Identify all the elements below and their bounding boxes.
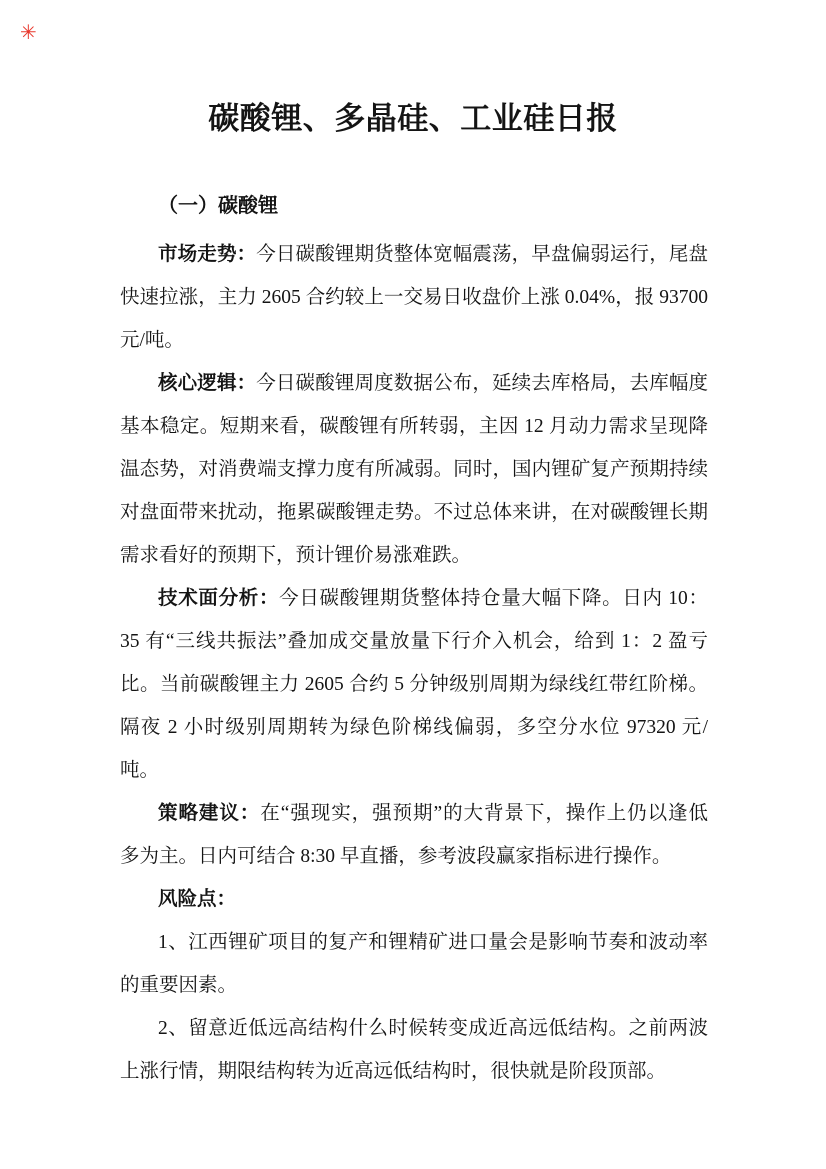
text-line: 1、江西锂矿项目的复产和锂精矿进口量会是影响节奏和波动率 <box>120 921 708 964</box>
text-line: 多为主。日内可结合 8:30 早直播，参考波段赢家指标进行操作。 <box>120 835 708 878</box>
paragraph-risk-item-1: 1、江西锂矿项目的复产和锂精矿进口量会是影响节奏和波动率 的重要因素。 <box>120 921 708 1007</box>
paragraph-risk-item-2: 2、留意近低远高结构什么时候转变成近高远低结构。之前两波 上涨行情，期限结构转为… <box>120 1007 708 1093</box>
paragraph-technical-analysis: 技术面分析：今日碳酸锂期货整体持仓量大幅下降。日内 10： 35 有“三线共振法… <box>120 577 708 792</box>
text-line: 温态势，对消费端支撑力度有所减弱。同时，国内锂矿复产预期持续 <box>120 448 708 491</box>
text-line: 2、留意近低远高结构什么时候转变成近高远低结构。之前两波 <box>120 1007 708 1050</box>
text-line: 技术面分析：今日碳酸锂期货整体持仓量大幅下降。日内 10： <box>120 577 708 620</box>
document-body: （一）碳酸锂 市场走势：今日碳酸锂期货整体宽幅震荡，早盘偏弱运行，尾盘 快速拉涨… <box>120 185 708 1093</box>
lead-label: 风险点： <box>158 888 236 910</box>
text-line: 核心逻辑：今日碳酸锂周度数据公布，延续去库格局，去库幅度 <box>120 362 708 405</box>
text-line: 策略建议：在“强现实，强预期”的大背景下，操作上仍以逢低 <box>120 792 708 835</box>
lead-label: 市场走势： <box>158 243 256 265</box>
text-line: 元/吨。 <box>120 319 708 362</box>
document-title: 碳酸锂、多晶硅、工业硅日报 <box>0 0 826 141</box>
paragraph-strategy-advice: 策略建议：在“强现实，强预期”的大背景下，操作上仍以逢低 多为主。日内可结合 8… <box>120 792 708 878</box>
section-heading: （一）碳酸锂 <box>120 185 708 228</box>
text-line: 35 有“三线共振法”叠加成交量放量下行介入机会，给到 1：2 盈亏 <box>120 620 708 663</box>
text-line: 对盘面带来扰动，拖累碳酸锂走势。不过总体来讲，在对碳酸锂长期 <box>120 491 708 534</box>
body-text: 市场走势：今日碳酸锂期货整体宽幅震荡，早盘偏弱运行，尾盘 快速拉涨，主力 260… <box>120 233 708 1093</box>
paragraph-market-trend: 市场走势：今日碳酸锂期货整体宽幅震荡，早盘偏弱运行，尾盘 快速拉涨，主力 260… <box>120 233 708 362</box>
text-run: 今日碳酸锂周度数据公布，延续去库格局，去库幅度 <box>256 373 708 394</box>
paragraph-risk-points-label: 风险点： <box>120 878 708 921</box>
red-stamp-icon: ✳ <box>20 22 37 42</box>
text-line: 上涨行情，期限结构转为近高远低结构时，很快就是阶段顶部。 <box>120 1050 708 1093</box>
text-run: 今日碳酸锂期货整体持仓量大幅下降。日内 10： <box>279 588 708 609</box>
text-line: 的重要因素。 <box>120 964 708 1007</box>
text-line: 比。当前碳酸锂主力 2605 合约 5 分钟级别周期为绿线红带红阶梯。 <box>120 663 708 706</box>
text-line: 快速拉涨，主力 2605 合约较上一交易日收盘价上涨 0.04%，报 93700 <box>120 276 708 319</box>
text-line: 需求看好的预期下，预计锂价易涨难跌。 <box>120 534 708 577</box>
text-line: 基本稳定。短期来看，碳酸锂有所转弱，主因 12 月动力需求呈现降 <box>120 405 708 448</box>
text-line: 隔夜 2 小时级别周期转为绿色阶梯线偏弱，多空分水位 97320 元/吨。 <box>120 706 708 792</box>
document-page: ✳ 碳酸锂、多晶硅、工业硅日报 （一）碳酸锂 市场走势：今日碳酸锂期货整体宽幅震… <box>0 0 826 1169</box>
paragraph-core-logic: 核心逻辑：今日碳酸锂周度数据公布，延续去库格局，去库幅度 基本稳定。短期来看，碳… <box>120 362 708 577</box>
text-line: 市场走势：今日碳酸锂期货整体宽幅震荡，早盘偏弱运行，尾盘 <box>120 233 708 276</box>
lead-label: 核心逻辑： <box>158 372 256 394</box>
lead-label: 技术面分析： <box>158 587 279 609</box>
lead-label: 策略建议： <box>158 802 260 824</box>
text-line: 风险点： <box>120 878 708 921</box>
text-run: 今日碳酸锂期货整体宽幅震荡，早盘偏弱运行，尾盘 <box>256 244 708 265</box>
text-run: 在“强现实，强预期”的大背景下，操作上仍以逢低 <box>260 803 708 824</box>
